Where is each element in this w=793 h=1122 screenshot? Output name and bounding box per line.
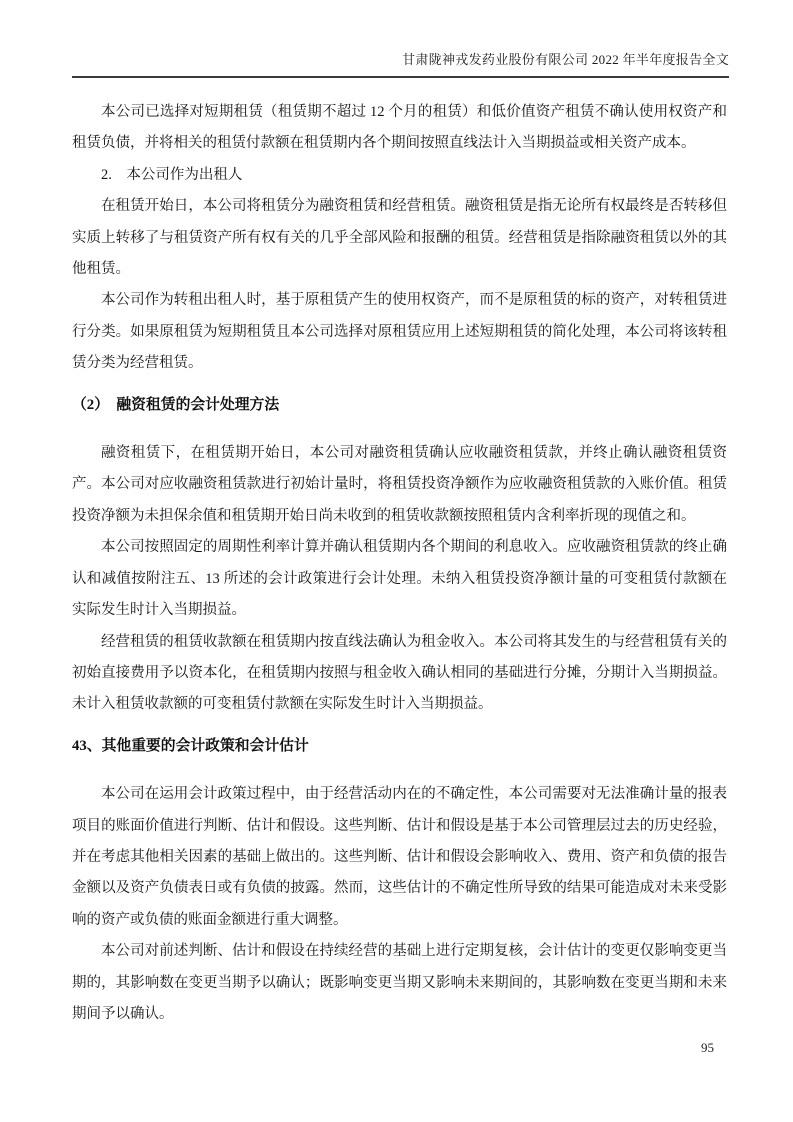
paragraph-lease-classification: 在租赁开始日，本公司将租赁分为融资租赁和经营租赁。融资租赁是指无论所有权最终是否… <box>72 191 727 285</box>
report-page: 甘肃陇神戎发药业股份有限公司 2022 年半年度报告全文 本公司已选择对短期租赁… <box>0 0 793 1122</box>
paragraph-finance-lease-initial-measurement: 融资租赁下，在租赁期开始日，本公司对融资租赁确认应收融资租赁款，并终止确认融资租… <box>72 438 727 532</box>
report-header-title: 甘肃陇神戎发药业股份有限公司 2022 年半年度报告全文 <box>72 50 729 70</box>
paragraph-operating-lease-rental-income: 经营租赁的租赁收款额在租赁期内按直线法确认为租金收入。本公司将其发生的与经营租赁… <box>72 627 727 721</box>
heading-finance-lease-accounting: （2） 融资租赁的会计处理方法 <box>72 390 727 421</box>
heading-other-accounting-policies-estimates: 43、其他重要的会计政策和会计估计 <box>72 731 727 762</box>
item-company-as-lessor: 2. 本公司作为出租人 <box>72 160 727 191</box>
header-rule <box>72 76 729 78</box>
paragraph-sublease-classification: 本公司作为转租出租人时，基于原租赁产生的使用权资产，而不是原租赁的标的资产，对转… <box>72 285 727 379</box>
paragraph-periodic-review-of-estimates: 本公司对前述判断、估计和假设在持续经营的基础上进行定期复核，会计估计的变更仅影响… <box>72 936 727 1030</box>
paragraph-judgments-and-estimates: 本公司在运用会计政策过程中，由于经营活动内在的不确定性，本公司需要对无法准确计量… <box>72 779 727 936</box>
paragraph-interest-income-recognition: 本公司按照固定的周期性利率计算并确认租赁期内各个期间的利息收入。应收融资租赁款的… <box>72 532 727 626</box>
page-number: 95 <box>701 1040 714 1056</box>
paragraph-short-term-lease: 本公司已选择对短期租赁（租赁期不超过 12 个月的租赁）和低价值资产租赁不确认使… <box>72 97 727 160</box>
document-content: 本公司已选择对短期租赁（租赁期不超过 12 个月的租赁）和低价值资产租赁不确认使… <box>72 97 727 1030</box>
page-header: 甘肃陇神戎发药业股份有限公司 2022 年半年度报告全文 <box>72 0 729 78</box>
